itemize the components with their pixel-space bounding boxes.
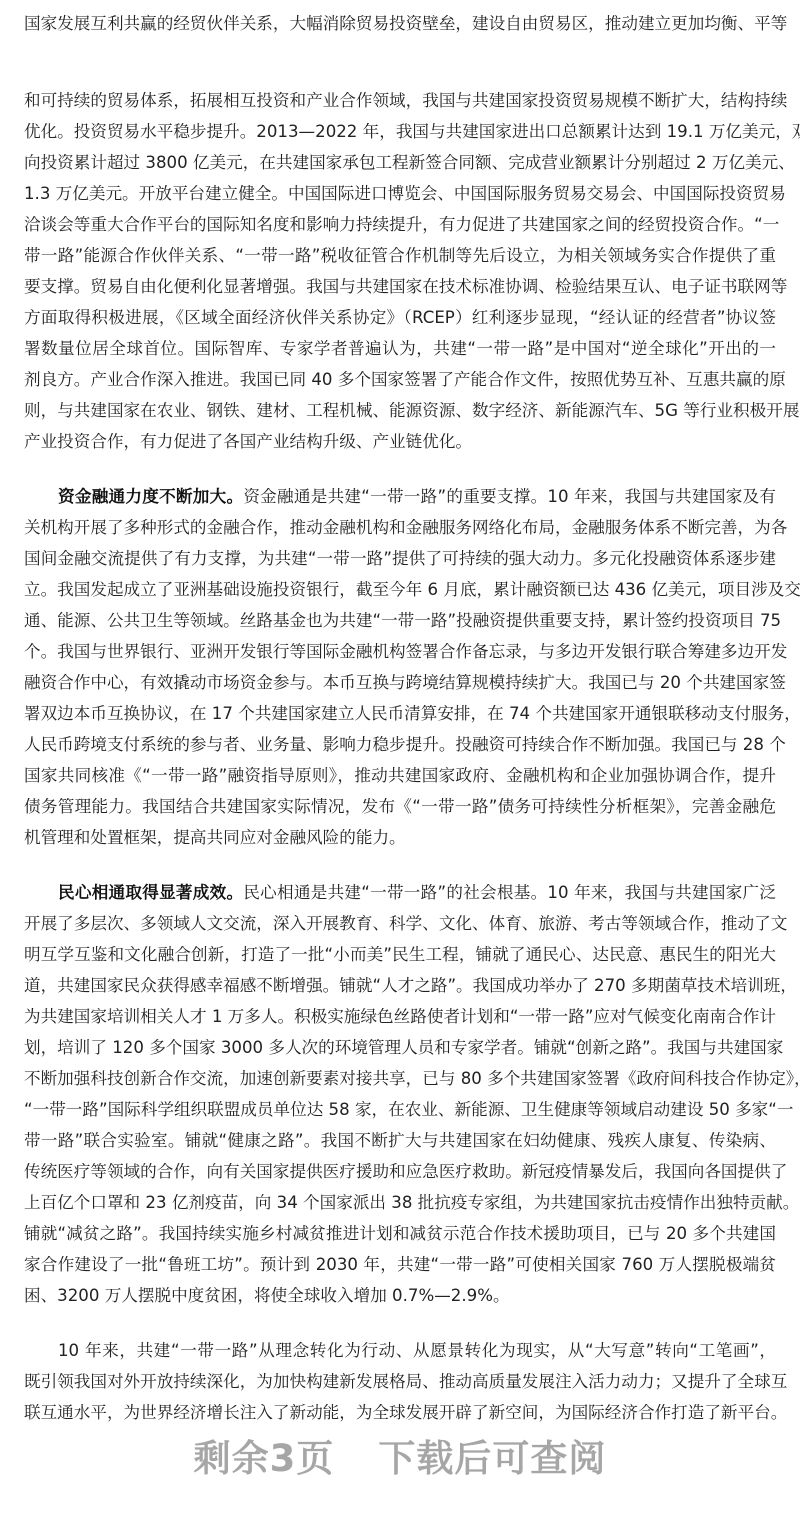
text-line: 为共建国家培训相关人才 1 万多人。积极实施绿色丝路使者计划和“一带一路”应对气… bbox=[24, 1006, 776, 1028]
section-heading: 民心相通取得显著成效。 bbox=[58, 883, 243, 902]
text-line: 人民币跨境支付系统的参与者、业务量、影响力稳步提升。投融资可持续合作不断加强。我… bbox=[24, 734, 776, 756]
text-line: 优化。投资贸易水平稳步提升。2013—2022 年，我国与共建国家进出口总额累计… bbox=[24, 121, 776, 143]
text-line: 划，培训了 120 多个国家 3000 多人次的环境管理人员和专家学者。铺就“创… bbox=[24, 1037, 776, 1059]
text-line: 产业投资合作，有力促进了各国产业结构升级、产业链优化。 bbox=[24, 431, 776, 453]
text-line: 立。我国发起成立了亚洲基础设施投资银行，截至今年 6 月底，累计融资额已达 43… bbox=[24, 579, 776, 601]
text-line: 机管理和处置框架，提高共同应对金融风险的能力。 bbox=[24, 827, 776, 849]
text-line: “一带一路”国际科学组织联盟成员单位达 58 家，在农业、新能源、卫生健康等领域… bbox=[24, 1099, 776, 1121]
text-line: 道，共建国家民众获得感幸福感不断增强。铺就“人才之路”。我国成功举办了 270 … bbox=[24, 975, 776, 997]
text-line: 通、能源、公共卫生等领域。丝路基金也为共建“一带一路”投融资提供重要支持，累计签… bbox=[24, 610, 776, 632]
paragraph-first-line: 10 年来，共建“一带一路”从理念转化为行动、从愿景转化为现实，从“大写意”转向… bbox=[24, 1340, 776, 1362]
text-line: 不断加强科技创新合作交流，加速创新要素对接共享，已与 80 多个共建国家签署《政… bbox=[24, 1068, 776, 1090]
text-line: 和可持续的贸易体系，拓展相互投资和产业合作领域，我国与共建国家投资贸易规模不断扩… bbox=[24, 90, 776, 112]
text-line: 融资合作中心，有效撬动市场资金参与。本币互换与跨境结算规模持续扩大。我国已与 2… bbox=[24, 672, 776, 694]
text-line: 洽谈会等重大合作平台的国际知名度和影响力持续提升，有力促进了共建国家之间的经贸投… bbox=[24, 214, 776, 236]
text-line: 铺就“减贫之路”。我国持续实施乡村减贫推进计划和减贫示范合作技术援助项目，已与 … bbox=[24, 1223, 776, 1245]
text-line: 个。我国与世界银行、亚洲开发银行等国际金融机构签署合作备忘录，与多边开发银行联合… bbox=[24, 641, 776, 663]
download-to-view-label: 下载后可查阅 bbox=[378, 1437, 606, 1480]
text-line: 向投资累计超过 3800 亿美元，在共建国家承包工程新签合同额、完成营业额累计分… bbox=[24, 152, 776, 174]
text-line: 国间金融交流提供了有力支撑，为共建“一带一路”提供了可持续的强大动力。多元化投融… bbox=[24, 548, 776, 570]
text-line: 困、3200 万人摆脱中度贫困，将使全球收入增加 0.7%—2.9%。 bbox=[24, 1285, 776, 1307]
download-prompt-banner[interactable]: 剩余3页下载后可查阅 bbox=[0, 1428, 800, 1482]
text-line: 明互学互鉴和文化融合创新，打造了一批“小而美”民生工程，铺就了通民心、达民意、惠… bbox=[24, 944, 776, 966]
text-line: 债务管理能力。我国结合共建国家实际情况，发布《“一带一路”债务可持续性分析框架》… bbox=[24, 796, 776, 818]
paragraph-first-line: 民心相通取得显著成效。民心相通是共建“一带一路”的社会根基。10 年来，我国与共… bbox=[24, 882, 776, 904]
text-line: 带一路”联合实验室。铺就“健康之路”。我国不断扩大与共建国家在妇幼健康、残疾人康… bbox=[24, 1130, 776, 1152]
text-line: 剂良方。产业合作深入推进。我国已同 40 多个国家签署了产能合作文件，按照优势互… bbox=[24, 369, 776, 391]
text-line: 方面取得积极进展，《区域全面经济伙伴关系协定》（RCEP）红利逐步显现，“经认证… bbox=[24, 307, 776, 329]
text-line: 则，与共建国家在农业、钢铁、建材、工程机械、能源资源、数字经济、新能源汽车、5G… bbox=[24, 400, 776, 422]
text-line: 上百亿个口罩和 23 亿剂疫苗，向 34 个国家派出 38 批抗疫专家组，为共建… bbox=[24, 1192, 776, 1214]
text-line: 既引领我国对外开放持续深化，为加快构建新发展格局、推动高质量发展注入活力动力；又… bbox=[24, 1371, 776, 1393]
text-line: 关机构开展了多种形式的金融合作，推动金融机构和金融服务网络化布局，金融服务体系不… bbox=[24, 517, 776, 539]
text-line: 署双边本币互换协议，在 17 个共建国家建立人民币清算安排，在 74 个共建国家… bbox=[24, 703, 776, 725]
section-heading: 资金融通力度不断加大。 bbox=[58, 487, 243, 506]
paragraph-first-line: 资金融通力度不断加大。资金融通是共建“一带一路”的重要支撑。10 年来，我国与共… bbox=[24, 486, 776, 508]
text-line: 带一路”能源合作伙伴关系、“一带一路”税收征管合作机制等先后设立，为相关领域务实… bbox=[24, 245, 776, 267]
text-line: 国家发展互利共赢的经贸伙伴关系，大幅消除贸易投资壁垒，建设自由贸易区，推动建立更… bbox=[24, 13, 776, 35]
document-page: 国家发展互利共赢的经贸伙伴关系，大幅消除贸易投资壁垒，建设自由贸易区，推动建立更… bbox=[0, 0, 800, 1528]
remaining-pages-label: 剩余3页 bbox=[194, 1437, 335, 1480]
text-line: 国家共同核准《“一带一路”融资指导原则》，推动共建国家政府、金融机构和企业加强协… bbox=[24, 765, 776, 787]
text-line: 家合作建设了一批“鲁班工坊”。预计到 2030 年，共建“一带一路”可使相关国家… bbox=[24, 1254, 776, 1276]
text-line: 传统医疗等领域的合作，向有关国家提供医疗援助和应急医疗救助。新冠疫情暴发后，我国… bbox=[24, 1161, 776, 1183]
text-line: 开展了多层次、多领域人文交流，深入开展教育、科学、文化、体育、旅游、考古等领域合… bbox=[24, 913, 776, 935]
text-line: 1.3 万亿美元。开放平台建立健全。中国国际进口博览会、中国国际服务贸易交易会、… bbox=[24, 183, 776, 205]
text-line: 联互通水平，为世界经济增长注入了新动能，为全球发展开辟了新空间，为国际经济合作打… bbox=[24, 1402, 776, 1424]
text-span: 资金融通是共建“一带一路”的重要支撑。10 年来，我国与共建国家及有 bbox=[243, 487, 776, 506]
text-span: 民心相通是共建“一带一路”的社会根基。10 年来，我国与共建国家广泛 bbox=[243, 883, 776, 902]
text-line: 署数量位居全球首位。国际智库、专家学者普遍认为，共建“一带一路”是中国对“逆全球… bbox=[24, 338, 776, 360]
text-line: 要支撑。贸易自由化便利化显著增强。我国与共建国家在技术标准协调、检验结果互认、电… bbox=[24, 276, 776, 298]
